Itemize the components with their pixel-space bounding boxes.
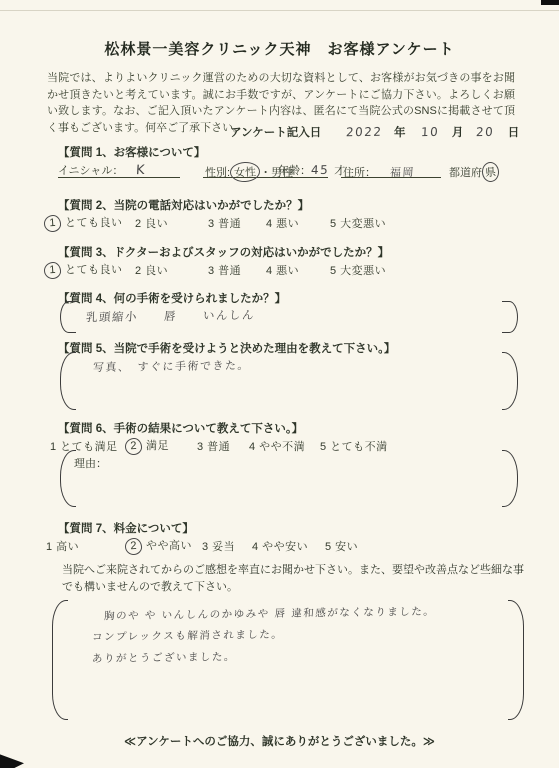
q7-option-3: 3妥当 xyxy=(202,538,235,554)
q1-address-circled: 県 xyxy=(481,162,499,183)
q2-option-3: 3普通 xyxy=(208,215,241,231)
q1-gender-selected: 女性 xyxy=(230,161,261,183)
q3-header: 【質問 3、ドクターおよびスタッフの対応はいかがでしたか？】 xyxy=(58,244,389,260)
q1-address-prefix: 都道府 xyxy=(449,167,482,179)
q3-option-1: 1とても良い xyxy=(44,261,123,279)
q1-gender-label: 性別: xyxy=(205,167,230,179)
q1-header: 【質問 1、お客様について】 xyxy=(58,144,205,160)
q3-option-2: 2良い xyxy=(135,262,168,278)
q3-option-5: 5大変悪い xyxy=(330,262,386,278)
q7-option-2: 2やや高い xyxy=(125,537,192,555)
q2-option-4: 4悪い xyxy=(266,215,299,231)
q4-answer: 乳頭縮小 唇 いんしん xyxy=(86,307,256,325)
q1-address-field: 住所：福岡都道府県 xyxy=(343,162,499,182)
scan-fold-line xyxy=(0,10,559,11)
survey-scan-page: 松林景一美容クリニック天神 お客様アンケート 当院では、よりよいクリニック運営の… xyxy=(0,0,559,768)
q7-option-5: 5安い xyxy=(325,538,358,554)
scan-artifact-top-right xyxy=(541,0,559,5)
q3-option-4: 4悪い xyxy=(266,262,299,278)
date-month-unit: 月 xyxy=(452,127,464,139)
feedback-line-2: コンプレックスも解消されました。 xyxy=(92,627,284,645)
q7-option-4: 4やや安い xyxy=(252,538,308,554)
q6-reason-box: 理由： xyxy=(60,450,518,507)
q4-box-right-bracket xyxy=(502,301,518,333)
q1-initial-label: イニシャル： xyxy=(58,165,123,177)
date-year-unit: 年 xyxy=(394,127,406,139)
date-year-value: 2022 xyxy=(346,125,383,140)
date-day-unit: 日 xyxy=(508,127,520,139)
q1-initial-value: K xyxy=(136,163,147,178)
date-line: アンケート記入日 2022 年 10 月 20 日 xyxy=(230,124,519,140)
q3-option-3: 3普通 xyxy=(208,262,241,278)
feedback-prompt: 当院へご来院されてからのご感想を率直にお聞かせ下さい。また、要望や改善点など些細… xyxy=(62,562,524,595)
feedback-box: 胸のや や いんしんのかゆみや 唇 違和感がなくなりました。 コンプレックスも解… xyxy=(52,600,524,720)
q7-option-1: 1高い xyxy=(46,538,79,554)
q1-fields: イニシャル： K xyxy=(58,162,146,178)
q7-header: 【質問 7、料金について】 xyxy=(58,520,194,536)
footer-thanks: ≪アンケートへのご協力、誠にありがとうございました。≫ xyxy=(0,733,559,749)
feedback-box-right-bracket xyxy=(508,600,524,720)
date-label: アンケート記入日 xyxy=(230,127,321,139)
date-day-value: 20 xyxy=(476,125,495,139)
q6-reason-label: 理由： xyxy=(74,455,107,471)
feedback-line-3: ありがとうございました。 xyxy=(92,649,237,666)
q2-header: 【質問 2、当院の電話対応はいかがでしたか？】 xyxy=(58,197,309,213)
page-title: 松林景一美容クリニック天神 お客様アンケート xyxy=(0,38,559,59)
q5-box-right-bracket xyxy=(502,352,518,410)
q1-address-value: 福岡 xyxy=(390,164,416,180)
q4-box-left-bracket xyxy=(60,301,76,333)
q2-option-1: 1とても良い xyxy=(44,214,123,232)
q1-address-label: 住所： xyxy=(343,167,376,179)
feedback-box-left-bracket xyxy=(52,600,68,720)
q6-header: 【質問 6、手術の結果について教えて下さい。】 xyxy=(58,420,303,436)
date-month-value: 10 xyxy=(420,125,439,139)
feedback-line-1: 胸のや や いんしんのかゆみや 唇 違和感がなくなりました。 xyxy=(104,604,436,624)
q1-age-label: 年齢： xyxy=(278,165,311,177)
q5-box-left-bracket xyxy=(60,352,76,410)
q5-answer: 写真、 すぐに手術できた。 xyxy=(93,357,251,375)
q1-age-field: 年齢：45才 xyxy=(278,162,345,178)
q2-option-2: 2良い xyxy=(135,215,168,231)
q4-answer-box: 乳頭縮小 唇 いんしん xyxy=(60,301,518,333)
q6-box-right-bracket xyxy=(502,450,518,507)
q1-age-value: 45 xyxy=(311,163,330,177)
q2-option-5: 5大変悪い xyxy=(330,215,386,231)
q5-answer-box: 写真、 すぐに手術できた。 xyxy=(60,352,518,410)
scan-artifact-bottom-left xyxy=(0,752,24,768)
